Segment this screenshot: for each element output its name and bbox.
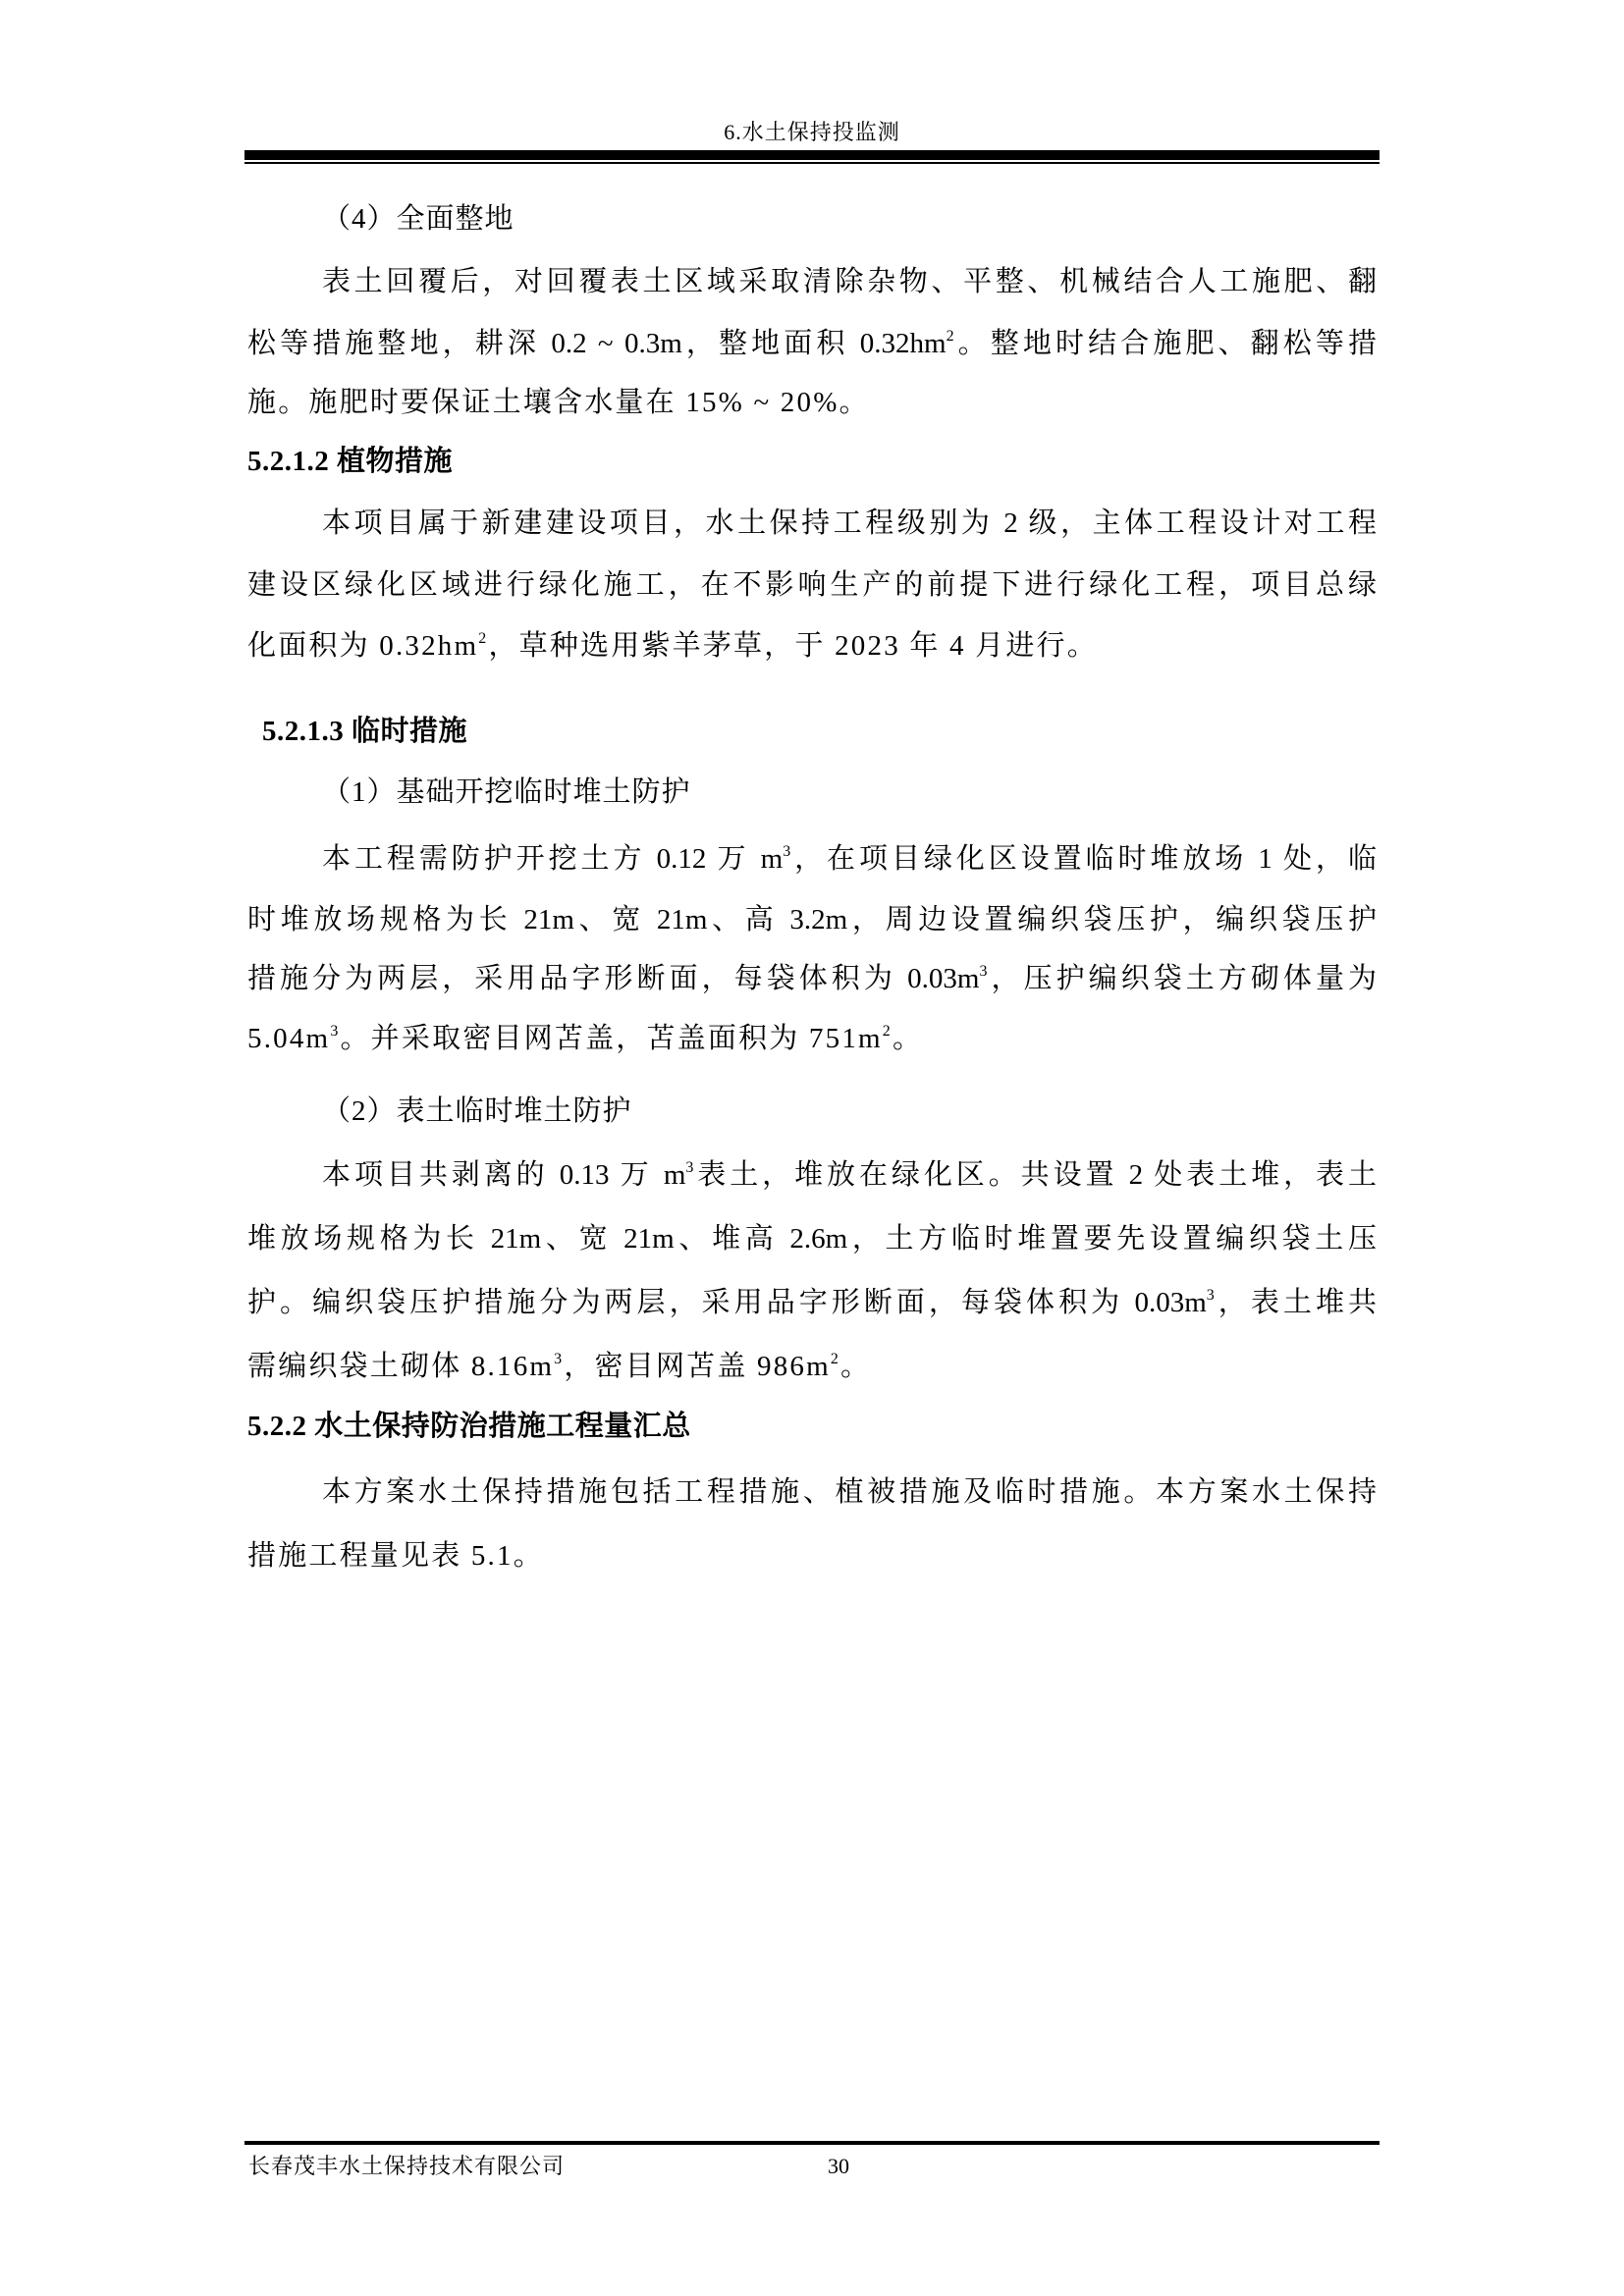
- superscript: 2: [947, 328, 954, 345]
- paragraph-line: 措施工程量见表 5.1。: [247, 1536, 1377, 1575]
- superscript: 3: [783, 843, 790, 860]
- subsection-title-2: （2）表土临时堆土防护: [322, 1092, 1377, 1131]
- paragraph-line: 本工程需防护开挖土方 0.12 万 m3，在项目绿化区设置临时堆放场 1 处，临: [322, 839, 1377, 879]
- paragraph-line: 时堆放场规格为长 21m、宽 21m、高 3.2m，周边设置编织袋压护，编织袋压…: [247, 900, 1377, 939]
- paragraph-line: 化面积为 0.32hm2，草种选用紫羊茅草，于 2023 年 4 月进行。: [247, 626, 1377, 666]
- header-rule-thin: [244, 162, 1380, 164]
- paragraph-line: 本方案水土保持措施包括工程措施、植被措施及临时措施。本方案水土保持: [322, 1472, 1377, 1512]
- paragraph-line: 5.04m3。并采取密目网苫盖，苫盖面积为 751m2。: [247, 1019, 1377, 1058]
- paragraph-line: 护。编织袋压护措施分为两层，采用品字形断面，每袋体积为 0.03m3，表土堆共: [247, 1283, 1377, 1322]
- superscript: 3: [330, 1023, 340, 1040]
- paragraph-line: 建设区绿化区域进行绿化施工，在不影响生产的前提下进行绿化工程，项目总绿: [247, 565, 1377, 605]
- text-run: ，表土堆共: [1215, 1287, 1377, 1318]
- footer-rule: [244, 2141, 1380, 2145]
- subsection-title-4: （4）全面整地: [322, 199, 1377, 239]
- paragraph-line: 松等措施整地，耕深 0.2 ~ 0.3m，整地面积 0.32hm2。整地时结合施…: [247, 324, 1377, 363]
- text-run: 措施分为两层，采用品字形断面，每袋体积为 0.03m: [247, 963, 979, 994]
- text-run: 本项目共剥离的 0.13 万 m: [322, 1159, 685, 1191]
- paragraph-line: 本项目共剥离的 0.13 万 m3表土，堆放在绿化区。共设置 2 处表土堆，表土: [322, 1155, 1377, 1195]
- text-run: 护。编织袋压护措施分为两层，采用品字形断面，每袋体积为 0.03m: [247, 1287, 1207, 1318]
- subsection-title-1: （1）基础开挖临时堆土防护: [322, 773, 1377, 812]
- header-rule-thick: [244, 150, 1380, 160]
- paragraph-line: 本项目属于新建建设项目，水土保持工程级别为 2 级，主体工程设计对工程: [322, 504, 1377, 543]
- text-run: ，草种选用紫羊茅草，于 2023 年 4 月进行。: [488, 630, 1098, 662]
- text-run: 需编织袋土砌体 8.16m: [247, 1351, 554, 1382]
- text-run: ，压护编织袋土方砌体量为: [987, 963, 1377, 994]
- paragraph-line: 表土回覆后，对回覆表土区域采取清除杂物、平整、机械结合人工施肥、翻: [322, 262, 1377, 301]
- text-run: ，密目网苫盖 986m: [564, 1351, 831, 1382]
- superscript: 3: [554, 1351, 564, 1367]
- section-heading-522: 5.2.2 水土保持防治措施工程量汇总: [247, 1407, 1377, 1446]
- page-number: 30: [828, 2152, 849, 2181]
- text-run: 。: [893, 1023, 923, 1054]
- section-heading-5213: 5.2.1.3 临时措施: [262, 712, 1391, 751]
- section-heading-5212: 5.2.1.2 植物措施: [247, 442, 1377, 481]
- text-run: 5.04m: [247, 1023, 330, 1054]
- paragraph-line: 施。施肥时要保证土壤含水量在 15% ~ 20%。: [247, 383, 1377, 422]
- header-title: 6.水土保持投监测: [0, 118, 1624, 147]
- paragraph-line: 需编织袋土砌体 8.16m3，密目网苫盖 986m2。: [247, 1347, 1377, 1386]
- superscript: 2: [883, 1023, 893, 1040]
- footer-company: 长春茂丰水土保持技术有限公司: [248, 2152, 565, 2181]
- text-run: 。并采取密目网苫盖，苫盖面积为 751m: [340, 1023, 882, 1054]
- superscript: 2: [831, 1351, 840, 1367]
- text-run: 表土，堆放在绿化区。共设置 2 处表土堆，表土: [693, 1159, 1377, 1191]
- superscript: 2: [478, 630, 488, 647]
- text-run: 。整地时结合施肥、翻松等措: [954, 328, 1377, 359]
- paragraph-line: 措施分为两层，采用品字形断面，每袋体积为 0.03m3，压护编织袋土方砌体量为: [247, 959, 1377, 998]
- text-run: 松等措施整地，耕深 0.2 ~ 0.3m，整地面积 0.32hm: [247, 328, 947, 359]
- text-run: 。: [840, 1351, 871, 1382]
- text-run: 化面积为 0.32hm: [247, 630, 478, 662]
- text-run: ，在项目绿化区设置临时堆放场 1 处，临: [790, 843, 1377, 875]
- superscript: 3: [1207, 1287, 1215, 1304]
- paragraph-line: 堆放场规格为长 21m、宽 21m、堆高 2.6m，土方临时堆置要先设置编织袋土…: [247, 1219, 1377, 1258]
- text-run: 本工程需防护开挖土方 0.12 万 m: [322, 843, 783, 875]
